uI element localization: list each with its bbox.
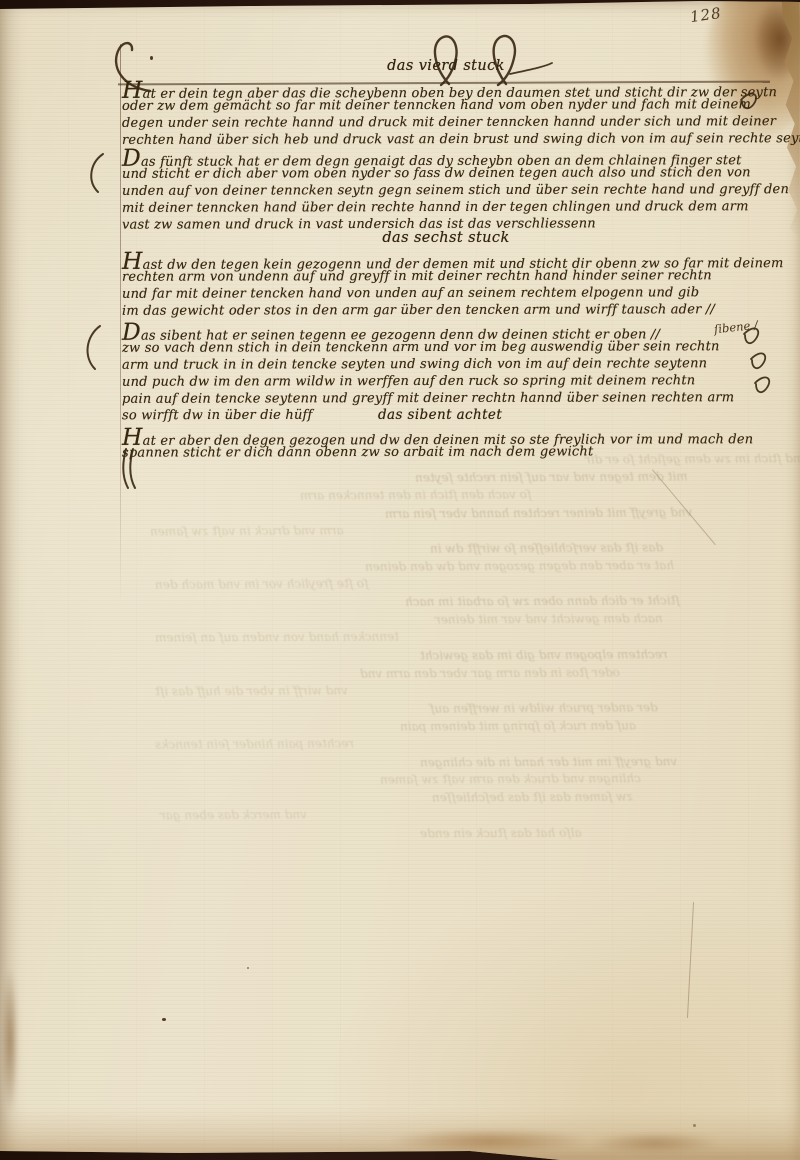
bottom-stain <box>590 1132 720 1154</box>
text-line: degen under sein rechte hannd und druck … <box>122 114 776 131</box>
ghost-line: tenncken hand von vnden auf an ſeinem <box>155 629 399 644</box>
margin-note-sibene: ſibene / <box>713 318 758 337</box>
text-line: rechten hand über sich heb und druck vas… <box>122 131 800 148</box>
paragraph-mark-icon <box>91 154 103 192</box>
ghost-line: oder ſtos in den arm gar vber den arm vn… <box>360 665 620 680</box>
text-line: spannen sticht er dich dann obenn zw so … <box>122 444 593 460</box>
manuscript-page: vnd ſtich im zw dem geſicht ſo er dir mi… <box>0 0 800 1160</box>
ink-speck <box>247 967 249 969</box>
text-line: und sticht er dich aber vom oben nyder s… <box>122 165 751 182</box>
text-line: pain auf dein tencke seytenn und greyff … <box>122 390 734 407</box>
ghost-line: ſticht er dich dann oben zw ſo arbait im… <box>405 593 680 608</box>
ghost-line: vnd greyff im mit der hand in die chling… <box>420 754 677 769</box>
ghost-line: das iſt das verſchlieſſen ſo wirfft dw i… <box>430 540 663 555</box>
rubric-fourth-piece: das vierd stuck <box>120 58 772 74</box>
paper-crease <box>687 902 694 1018</box>
ghost-line: arm vnd druck in vaſt zw ſamen <box>150 523 344 538</box>
torn-page-edge <box>774 0 800 238</box>
rubric-sixth-piece: das sechst stuck <box>120 230 772 246</box>
text-line: mit deiner tenncken hand über dein recht… <box>122 199 749 216</box>
margin-hook-icon <box>751 353 765 368</box>
manuscript-photo: vnd ſtich im zw dem geſicht ſo er dir mi… <box>0 0 800 1160</box>
ghost-line: auf den ruck ſo ſpring mit deinem pain <box>400 718 636 733</box>
ghost-line: vnd merck das eben gar <box>160 808 307 823</box>
ghost-line: chlingen vnd druck den arm vaſt zw ſamen <box>380 771 641 786</box>
text-line: unden auf von deiner tenncken seytn gegn… <box>122 182 789 199</box>
text-line: zw so vach denn stich in dein tenckenn a… <box>122 339 720 356</box>
paragraph-mark-icon <box>88 326 100 369</box>
text-line: und far mit deiner tencken hand von unde… <box>122 285 699 302</box>
ghost-line: vnd wirff in vber die huff das iſt <box>155 683 348 698</box>
ghost-line: zw ſamen das iſt das beſchlieſſen <box>432 789 633 804</box>
ghost-line: vnd greyff mit deiner rechten hannd vber… <box>385 505 692 521</box>
ghost-line: ſo vach den ſtich in den tenncken arm <box>300 487 531 502</box>
text-line: arm und truck in in dein tencke seyten u… <box>122 356 707 373</box>
text-line: im das gewicht oder stos in den arm gar … <box>122 302 715 319</box>
ghost-line: ſo ſte freylich vor im vnd mach den <box>155 576 369 591</box>
bottom-stain <box>390 1128 590 1154</box>
ink-speck <box>162 1018 166 1021</box>
ghost-line: rechtem elpogen vnd gib im das gewicht <box>420 647 668 662</box>
margin-hook-icon <box>755 377 769 392</box>
text-line: oder zw dem gemächt so far mit deiner te… <box>122 97 751 114</box>
folio-number: 128 <box>689 4 723 26</box>
ghost-line: mit dem tegen vnd var auf ſein rechte ſe… <box>415 469 688 484</box>
rubric-seventh-eighth-piece: das sibent achtet <box>378 407 502 423</box>
gutter-stain <box>2 970 18 1110</box>
ghost-line: rechten pain hinder ſein tenncks <box>155 736 354 751</box>
ghost-line: alſo hat das ſtuck ein ende <box>420 826 582 841</box>
bottom-stain-band <box>0 1108 800 1160</box>
text-line: rechten arm von undenn auf und greyff in… <box>122 268 712 285</box>
ink-speck <box>693 1124 696 1127</box>
ghost-line: nach dem gewicht vnd var mit deiner <box>435 611 663 626</box>
ghost-line: vnd ſtich im zw dem geſicht ſo er dir <box>585 451 800 466</box>
margin-ruling-vertical <box>120 44 121 604</box>
ghost-line: der ander pruch wildw in werffen auf <box>430 700 658 715</box>
ghost-line: hat er aber den degen gezogen vnd dw den… <box>365 558 674 574</box>
text-line: so wirfft dw in über die hüff <box>122 408 313 423</box>
text-line: und puch dw im den arm wildw in werffen … <box>122 373 695 390</box>
